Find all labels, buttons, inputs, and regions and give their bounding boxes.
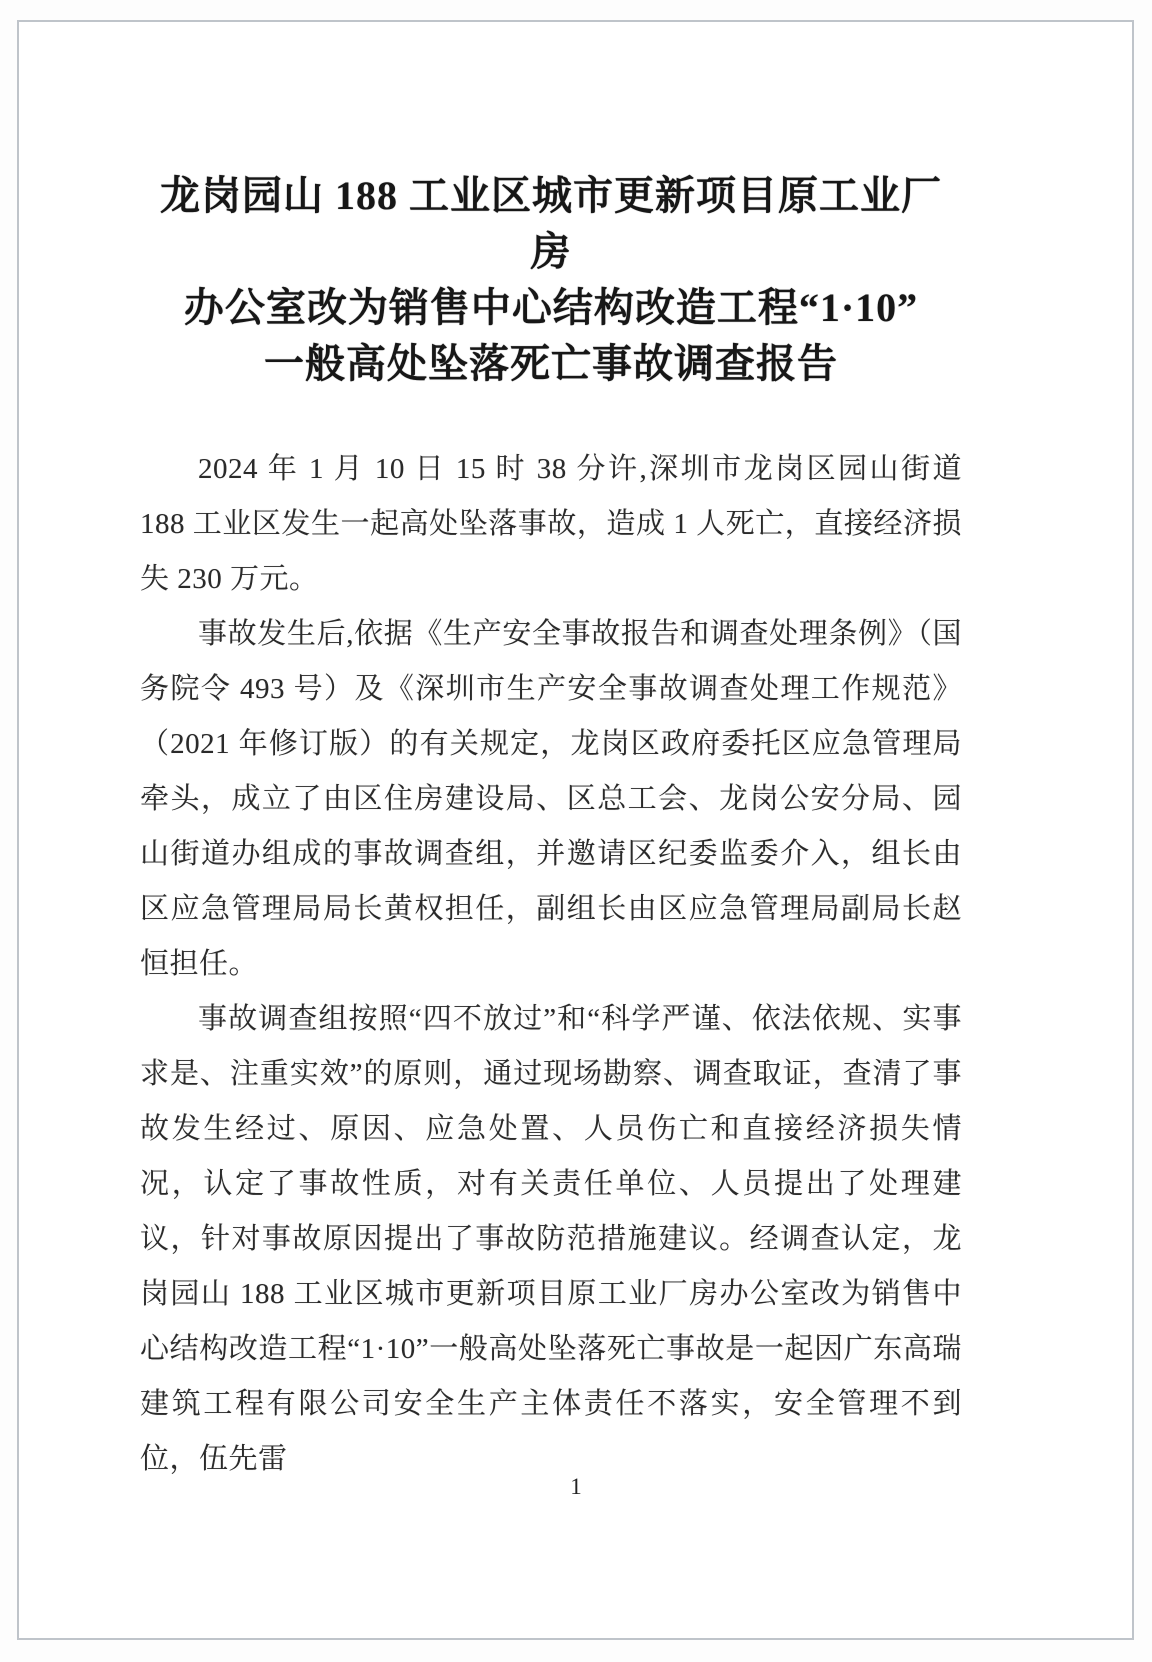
title-line-3: 一般高处坠落死亡事故调查报告 [140,336,962,392]
page-border-frame: 龙岗园山 188 工业区城市更新项目原工业厂房 办公室改为销售中心结构改造工程“… [17,20,1134,1640]
page-content: 龙岗园山 188 工业区城市更新项目原工业厂房 办公室改为销售中心结构改造工程“… [140,22,962,1487]
document-body: 2024 年 1 月 10 日 15 时 38 分许,深圳市龙岗区园山街道 18… [140,442,962,1487]
paragraph-incident-summary: 2024 年 1 月 10 日 15 时 38 分许,深圳市龙岗区园山街道 18… [140,442,962,607]
paragraph-investigation-findings: 事故调查组按照“四不放过”和“科学严谨、依法依规、实事求是、注重实效”的原则，通… [140,992,962,1487]
paragraph-investigation-team: 事故发生后,依据《生产安全事故报告和调查处理条例》（国务院令 493 号）及《深… [140,607,962,992]
title-line-1: 龙岗园山 188 工业区城市更新项目原工业厂房 [140,168,962,280]
title-line-2: 办公室改为销售中心结构改造工程“1·10” [140,280,962,336]
page-number: 1 [0,1472,1152,1502]
document-title: 龙岗园山 188 工业区城市更新项目原工业厂房 办公室改为销售中心结构改造工程“… [140,168,962,392]
document-page: 龙岗园山 188 工业区城市更新项目原工业厂房 办公室改为销售中心结构改造工程“… [0,0,1152,1662]
